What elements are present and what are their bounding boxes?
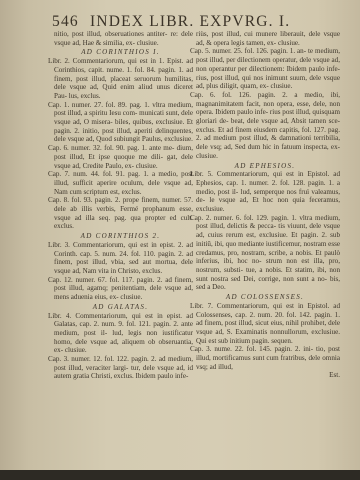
index-entry: Libr. 5. Commentariorum, qui est in Epis… bbox=[190, 170, 340, 214]
index-entry: Cap. 7. num. 44. fol. 91. pag. 1. a medi… bbox=[48, 170, 193, 196]
running-title: INDEX LIBR. EXPVRG. I. bbox=[90, 13, 290, 30]
continued-entry: nitio, post illud, obseruationes antiter… bbox=[48, 30, 193, 47]
index-entry: Cap. 2. numer. 6. fol. 129. pagin. 1. vl… bbox=[190, 214, 340, 292]
page-header: 546 INDEX LIBR. EXPVRG. I. bbox=[52, 13, 352, 31]
section-title: AD CORINTHIOS I. bbox=[48, 48, 193, 57]
index-entry: Libr. 2. Commentariorum, qui est in 1. E… bbox=[48, 57, 193, 101]
right-column: riùs, post illud, cui munere liberauit, … bbox=[190, 30, 340, 380]
scan-bottom-edge bbox=[0, 470, 360, 480]
page-number: 546 bbox=[52, 13, 79, 30]
index-entry: Libr. 4. Commentariorum, qui est in epis… bbox=[48, 312, 193, 356]
section-title: AD EPHESIOS. bbox=[190, 162, 340, 171]
index-entry: Cap. 5. numer. 25. fol. 126. pagin. 1. a… bbox=[190, 47, 340, 91]
section-title: AD COLOSSENSES. bbox=[190, 293, 340, 302]
section-title: AD GALATAS. bbox=[48, 303, 193, 312]
index-entry: Cap. 6. numer. 32. fol. 90. pag. 1. ante… bbox=[48, 144, 193, 170]
index-entry: Cap. 12. numer. 67. fol. 117. pagin. 2. … bbox=[48, 276, 193, 302]
section-title: AD CORINTHIOS 2. bbox=[48, 232, 193, 241]
index-entry: Libr. 3. Commentariorum, qui est in epis… bbox=[48, 241, 193, 276]
index-entry: Cap. 1. numer. 27. fol. 89. pag. 1. vltr… bbox=[48, 101, 193, 145]
continued-entry: riùs, post illud, cui munere liberauit, … bbox=[190, 30, 340, 47]
index-entry: Cap. 3. nume. 22. fol. 145. pagin. 2. in… bbox=[190, 345, 340, 371]
index-entry: Cap. 8. fol. 93. pagin. 2. prope finem, … bbox=[48, 196, 193, 231]
left-column: nitio, post illud, obseruationes antiter… bbox=[48, 30, 193, 381]
index-entry: Libr. 7. Commentariorum, qui est in Epis… bbox=[190, 302, 340, 346]
index-entry: Cap. 6. fol. 126. pagin. 2. a medio, ibi… bbox=[190, 91, 340, 161]
catchword: Est. bbox=[190, 371, 340, 380]
index-entry: Cap. 3. numer. 12. fol. 122. pagin. 2. a… bbox=[48, 355, 193, 381]
